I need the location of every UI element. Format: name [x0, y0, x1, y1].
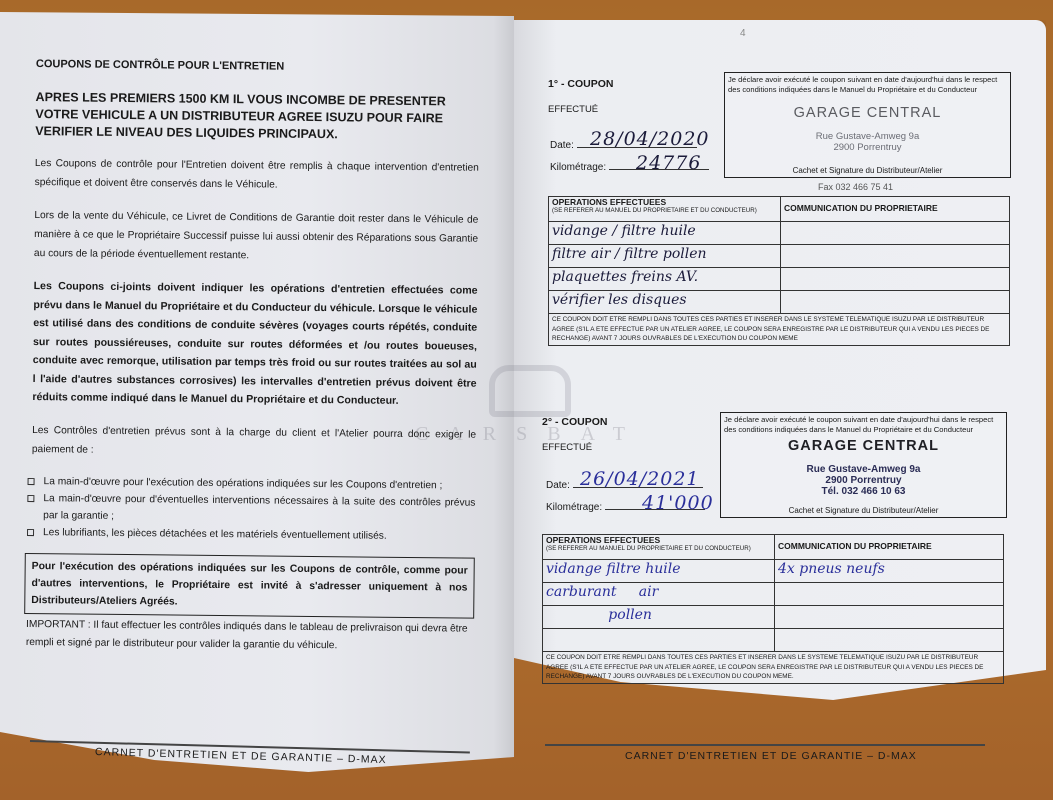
table-row: vidange / filtre huile	[549, 222, 1010, 245]
coupon-note: CE COUPON DOIT ETRE REMPLI DANS TOUTES C…	[549, 314, 1010, 346]
table-row: vidange filtre huile4x pneus neufs	[543, 560, 1004, 583]
stamp-caption: Cachet et Signature du Distributeur/Atel…	[725, 166, 1010, 175]
comm-header-cell: COMMUNICATION DU PROPRIETAIRE	[781, 197, 1010, 222]
km-value: 41'000	[642, 492, 714, 514]
list-item: La main-d'œuvre pour d'éventuelles inter…	[27, 489, 475, 528]
stamp-address-line: Rue Gustave-Amweg 9a	[721, 464, 1006, 475]
table-row: pollen	[543, 606, 1004, 629]
left-page-content: COUPONS DE CONTRÔLE POUR L'ENTRETIEN APR…	[24, 58, 480, 656]
coupon-2: 2° - COUPON EFFECTUÉ Date: 26/04/2021 Ki…	[542, 416, 1007, 453]
stamp-address-line: 2900 Porrentruy	[725, 142, 1010, 153]
page-mark: 4	[740, 28, 746, 39]
table-row: plaquettes freins AV.	[549, 268, 1010, 291]
dealer-stamp-box: Je déclare avoir exécuté le coupon suiva…	[724, 72, 1011, 178]
headline: APRES LES PREMIERS 1500 KM IL VOUS INCOM…	[35, 89, 480, 145]
date-value: 28/04/2020	[590, 128, 710, 150]
coupon-1: 1° - COUPON EFFECTUÉ Date: 28/04/2020 Ki…	[548, 78, 1013, 115]
car-logo-icon	[489, 365, 571, 417]
important-note: IMPORTANT : Il faut effectuer les contrô…	[26, 615, 474, 656]
bullet-square-icon	[27, 494, 34, 501]
stamp-garage-name: GARAGE CENTRAL	[721, 438, 1006, 454]
stamp-fax: Fax 032 466 75 41	[818, 182, 893, 192]
boxed-note: Pour l'exécution des opérations indiquée…	[24, 552, 475, 618]
stamp-address-line: Rue Gustave-Amweg 9a	[725, 131, 1010, 142]
comm-header-cell: COMMUNICATION DU PROPRIETAIRE	[775, 535, 1004, 560]
table-row	[543, 629, 1004, 652]
table-row: carburant air	[543, 583, 1004, 606]
bullet-square-icon	[28, 477, 35, 484]
km-value: 24776	[636, 152, 701, 174]
stamp-caption: Cachet et Signature du Distributeur/Atel…	[721, 506, 1006, 515]
operations-table: OPERATIONS EFFECTUEES (SE REFERER AU MAN…	[548, 196, 1010, 346]
paragraph-sale: Lors de la vente du Véhicule, ce Livret …	[34, 206, 479, 268]
dealer-stamp-box: Je déclare avoir exécuté le coupon suiva…	[720, 412, 1007, 518]
operations-table: OPERATIONS EFFECTUEES (SE REFERER AU MAN…	[542, 534, 1004, 684]
declaration-text: Je déclare avoir exécuté le coupon suiva…	[721, 413, 1006, 437]
coupon-note: CE COUPON DOIT ETRE REMPLI DANS TOUTES C…	[543, 652, 1004, 684]
cost-list: La main-d'œuvre pour l'exécution des opé…	[27, 472, 476, 545]
paragraph-coupons: Les Coupons de contrôle pour l'Entretien…	[35, 154, 479, 197]
stamp-garage-name: GARAGE CENTRAL	[725, 105, 1010, 121]
declaration-text: Je déclare avoir exécuté le coupon suiva…	[725, 73, 1010, 97]
stamp-address-line: Tél. 032 466 10 63	[721, 486, 1006, 497]
footer-title-right: CARNET D'ENTRETIEN ET DE GARANTIE – D-MA…	[625, 750, 917, 762]
date-value: 26/04/2021	[580, 468, 700, 490]
list-item: Les lubrifiants, les pièces détachées et…	[27, 523, 475, 545]
footer-divider	[545, 744, 985, 746]
stamp-address-line: 2900 Porrentruy	[721, 475, 1006, 486]
table-row: vérifier les disques	[549, 291, 1010, 314]
ops-header-cell: OPERATIONS EFFECTUEES (SE REFERER AU MAN…	[543, 535, 775, 560]
bullet-square-icon	[27, 528, 34, 535]
table-row: filtre air / filtre pollen	[549, 245, 1010, 268]
ops-header-cell: OPERATIONS EFFECTUEES (SE REFERER AU MAN…	[549, 197, 781, 222]
